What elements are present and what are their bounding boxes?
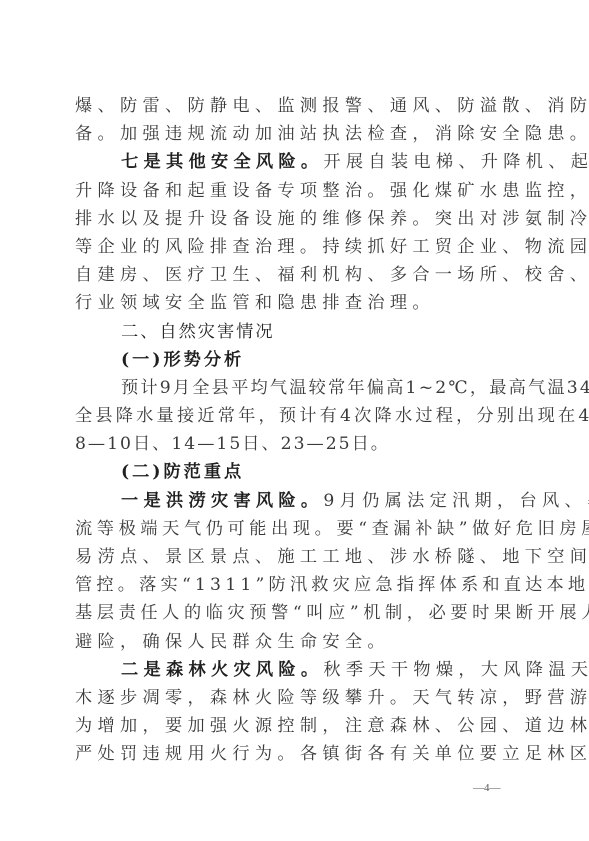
lead-bold: 二是森林火灾风险。: [121, 660, 323, 680]
body-line: 基层责任人的临灾预警“叫应”机制，必要时果断开展人员转移: [75, 599, 520, 627]
body-line: 备。加强违规流动加油站执法检查，消除安全隐患。: [75, 120, 520, 148]
body-line: 为增加，要加强火源控制，注意森林、公园、道边林木防火，从: [75, 712, 520, 740]
body-line: 预计9月全县平均气温较常年偏高1~2℃，最高气温34~35℃。: [75, 374, 520, 402]
page-number: —4—: [473, 782, 501, 794]
document-body: 爆、防雷、防静电、监测报警、通风、防溢散、消防等设施的配 备。加强违规流动加油站…: [75, 92, 520, 769]
subsection-heading: (一)形势分析: [75, 346, 520, 374]
body-line: 管控。落实“1311”防汛救灾应急指挥体系和直达本地区本领域: [75, 571, 520, 599]
lead-bold: 七是其他安全风险。: [121, 152, 323, 172]
body-line: 8—10日、14—15日、23—25日。: [75, 430, 520, 458]
body-line: 爆、防雷、防静电、监测报警、通风、防溢散、消防等设施的配: [75, 92, 520, 120]
body-line: 避险，确保人民群众生命安全。: [75, 628, 520, 656]
lead-text: 开展自装电梯、升降机、起重机等简易: [323, 152, 589, 172]
body-line: 易涝点、景区景点、施工工地、涉水桥隧、地下空间等风险排查: [75, 543, 520, 571]
body-line: 自建房、医疗卫生、福利机构、多合一场所、校舍、食堂等重点: [75, 261, 520, 289]
lead-bold: 一是洪涝灾害风险。: [121, 491, 323, 511]
paragraph-lead-flood-risk: 一是洪涝灾害风险。9月仍属法定汛期，台风、暴雨、强对: [75, 487, 520, 515]
body-line: 等企业的风险排查治理。持续抓好工贸企业、物流园区、经营性: [75, 233, 520, 261]
body-line: 行业领域安全监管和隐患排查治理。: [75, 289, 520, 317]
body-line: 木逐步凋零，森林火险等级攀升。天气转凉，野营游玩用火等行: [75, 684, 520, 712]
section-heading: 二、自然灾害情况: [75, 318, 520, 346]
body-line: 全县降水量接近常年，预计有4次降水过程，分别出现在4—6日、: [75, 402, 520, 430]
body-line: 排水以及提升设备设施的维修保养。突出对涉氨制冷、粉尘涉爆: [75, 205, 520, 233]
body-line: 严处罚违规用火行为。各镇街各有关单位要立足林区一线，加强: [75, 740, 520, 768]
body-line: 升降设备和起重设备专项整治。强化煤矿水患监控，加强供电、: [75, 177, 520, 205]
lead-text: 9月仍属法定汛期，台风、暴雨、强对: [323, 491, 589, 511]
paragraph-lead-forest-fire-risk: 二是森林火灾风险。秋季天干物燥，大风降温天气增多，草: [75, 656, 520, 684]
subsection-heading: (二)防范重点: [75, 458, 520, 486]
paragraph-lead-other-risks: 七是其他安全风险。开展自装电梯、升降机、起重机等简易: [75, 148, 520, 176]
lead-text: 秋季天干物燥，大风降温天气增多，草: [323, 660, 589, 680]
body-line: 流等极端天气仍可能出现。要“查漏补缺”做好危旧房屋、城乡: [75, 515, 520, 543]
